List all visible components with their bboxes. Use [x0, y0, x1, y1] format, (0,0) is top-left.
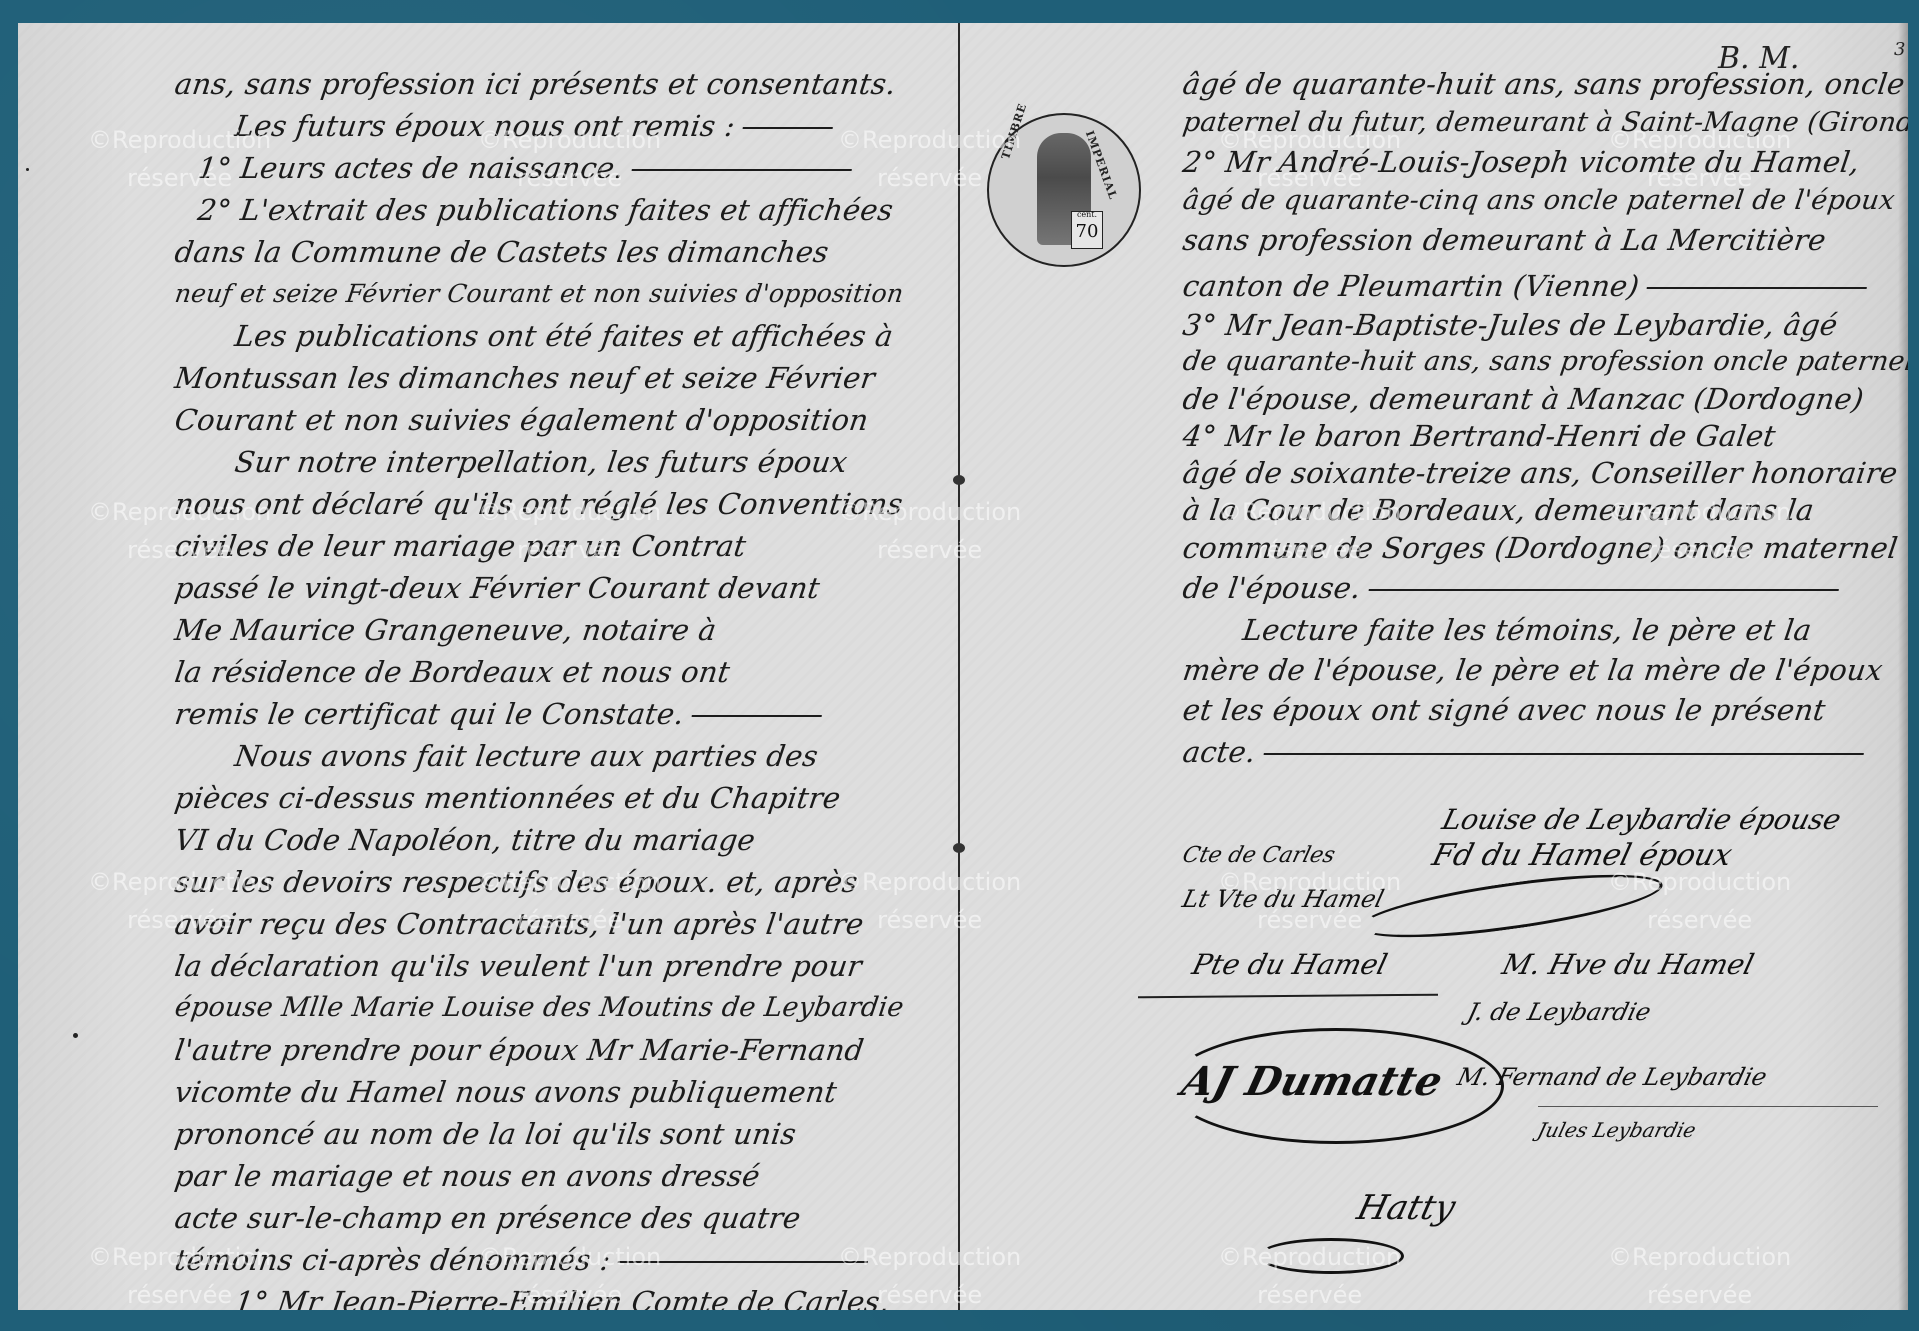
page-number: 3: [1894, 39, 1905, 60]
text-line: et les époux ont signé avec nous le prés…: [1181, 693, 1896, 727]
text-line: la déclaration qu'ils veulent l'un prend…: [173, 949, 938, 983]
signature: J. de Leybardie: [1465, 998, 1654, 1026]
watermark: ©Reproductionréservée: [1608, 1238, 1791, 1310]
signature-flourish: [1258, 1238, 1404, 1274]
imperial-tax-stamp: TIMBRE IMPERIAL cent. 70: [987, 113, 1141, 267]
text-line: pièces ci-dessus mentionnées et du Chapi…: [173, 781, 938, 815]
text-line: Montussan les dimanches neuf et seize Fé…: [173, 361, 938, 395]
text-line: Me Maurice Grangeneuve, notaire à: [173, 613, 938, 647]
register-sheet: TIMBRE IMPERIAL cent. 70 B. M. 3 ans, sa…: [18, 23, 1908, 1310]
text-line: ans, sans profession ici présents et con…: [173, 67, 938, 101]
text-line: dans la Commune de Castets les dimanches: [173, 235, 938, 269]
signature: Hatty: [1353, 1188, 1459, 1228]
text-line: civiles de leur mariage par un Contrat: [173, 529, 938, 563]
line-filler-rule: [692, 715, 822, 717]
signature: Lt Vte du Hamel: [1180, 885, 1387, 913]
text-line: Sur notre interpellation, les futurs épo…: [173, 445, 998, 479]
text-line: commune de Sorges (Dordogne) oncle mater…: [1181, 531, 1896, 565]
text-line: vicomte du Hamel nous avons publiquement: [173, 1075, 938, 1109]
text-line: 1° Leurs actes de naissance.: [196, 151, 961, 185]
text-line: mère de l'épouse, le père et la mère de …: [1181, 653, 1896, 687]
text-line: Courant et non suivies également d'oppos…: [173, 403, 938, 437]
stamp-denomination: cent. 70: [1071, 211, 1103, 249]
line-filler-rule: [631, 169, 851, 171]
stamp-left-text: TIMBRE: [999, 102, 1029, 162]
page-fold-line: [958, 23, 960, 1310]
signature-flourish: [1356, 862, 1665, 950]
text-line: âgé de quarante-cinq ans oncle paternel …: [1181, 184, 1896, 218]
signature-underline: [1138, 994, 1438, 999]
text-line: canton de Pleumartin (Vienne): [1181, 269, 1896, 303]
signature-flourish: [1168, 1028, 1504, 1144]
signature: Cte de Carles: [1180, 843, 1338, 868]
text-line: acte.: [1181, 735, 1896, 769]
text-line: épouse Mlle Marie Louise des Moutins de …: [173, 991, 938, 1025]
line-filler-rule: [1263, 753, 1863, 755]
line-filler-rule: [1647, 287, 1867, 289]
ink-speck: [73, 1033, 78, 1038]
text-line: acte sur-le-champ en présence des quatre: [173, 1201, 938, 1235]
text-line: de l'épouse, demeurant à Manzac (Dordogn…: [1181, 382, 1896, 416]
binding-thread-knot: [953, 843, 965, 853]
text-line: 3° Mr Jean-Baptiste-Jules de Leybardie, …: [1181, 308, 1896, 342]
line-filler-rule: [742, 127, 832, 129]
text-line: âgé de quarante-huit ans, sans professio…: [1181, 67, 1896, 101]
text-line: passé le vingt-deux Février Courant deva…: [173, 571, 938, 605]
signature: M. Hve du Hamel: [1499, 948, 1757, 981]
text-line: nous ont déclaré qu'ils ont réglé les Co…: [173, 487, 938, 521]
text-line: avoir reçu des Contractants, l'un après …: [173, 907, 938, 941]
signature: M. Fernand de Leybardie: [1455, 1063, 1770, 1091]
line-filler-rule: [1368, 589, 1838, 591]
text-line: remis le certificat qui le Constate.: [173, 697, 938, 731]
text-line: à la Cour de Bordeaux, demeurant dans la: [1181, 493, 1896, 527]
text-line: Les publications ont été faites et affic…: [173, 319, 998, 353]
signature: Jules Leybardie: [1535, 1118, 1698, 1142]
signature: Pte du Hamel: [1189, 948, 1391, 981]
text-line: de quarante-huit ans, sans profession on…: [1181, 345, 1896, 379]
text-line: par le mariage et nous en avons dressé: [173, 1159, 938, 1193]
text-line: VI du Code Napoléon, titre du mariage: [173, 823, 938, 857]
text-line: 2° L'extrait des publications faites et …: [196, 193, 961, 227]
text-line: paternel du futur, demeurant à Saint-Mag…: [1181, 106, 1896, 140]
signature: Louise de Leybardie épouse: [1439, 803, 1845, 836]
text-line: 4° Mr le baron Bertrand-Henri de Galet: [1181, 419, 1896, 453]
text-line: Nous avons fait lecture aux parties des: [173, 739, 998, 773]
ink-speck: [26, 168, 29, 171]
signature-underline: [1538, 1106, 1878, 1107]
text-line: 1° Mr Jean-Pierre-Emilien Comte de Carle…: [173, 1285, 998, 1310]
page-edge-shadow: [1898, 23, 1908, 1310]
text-line: Lecture faite les témoins, le père et la: [1181, 613, 1908, 647]
signature: Fd du Hamel époux: [1429, 838, 1736, 873]
text-line: sans profession demeurant à La Mercitièr…: [1181, 223, 1896, 257]
text-line: sur les devoirs respectifs des époux. et…: [173, 865, 938, 899]
text-line: Les futurs époux nous ont remis :: [173, 109, 998, 143]
text-line: 2° Mr André-Louis-Joseph vicomte du Hame…: [1181, 145, 1896, 179]
text-line: de l'épouse.: [1181, 571, 1896, 605]
text-line: âgé de soixante-treize ans, Conseiller h…: [1181, 456, 1896, 490]
text-line: témoins ci-après dénommés :: [173, 1243, 938, 1277]
text-line: neuf et seize Février Courant et non sui…: [173, 277, 938, 311]
text-line: la résidence de Bordeaux et nous ont: [173, 655, 938, 689]
text-line: prononcé au nom de la loi qu'ils sont un…: [173, 1117, 938, 1151]
line-filler-rule: [618, 1261, 868, 1263]
text-line: l'autre prendre pour époux Mr Marie-Fern…: [173, 1033, 938, 1067]
